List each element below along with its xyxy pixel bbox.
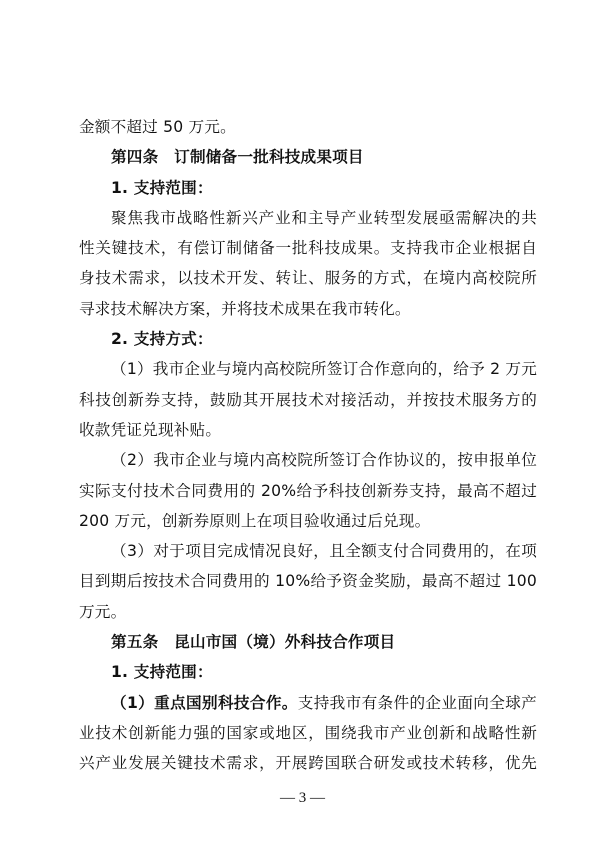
bold-lead-in: （1）重点国别科技合作。 <box>111 694 298 712</box>
paragraph-line: 身技术需求，以技术开发、转让、服务的方式，在境内高校院所 <box>79 263 537 293</box>
paragraph-line: 性关键技术，有偿订制储备一批科技成果。支持我市企业根据自 <box>79 233 537 263</box>
section-heading: 1. 支持范围： <box>79 657 537 687</box>
document-body: 金额不超过 50 万元。 第四条 订制储备一批科技成果项目 1. 支持范围： 聚… <box>79 112 537 779</box>
paragraph-line: 寻求技术解决方案，并将技术成果在我市转化。 <box>79 294 537 324</box>
paragraph-line: 业技术创新能力强的国家或地区，围绕我市产业创新和战略性新 <box>79 718 537 748</box>
paragraph-line: 金额不超过 50 万元。 <box>79 112 537 142</box>
paragraph-line: 目到期后按技术合同费用的 10%给予资金奖励，最高不超过 100 <box>79 566 537 596</box>
page-number: — 3 — <box>0 790 605 807</box>
section-heading: 1. 支持范围： <box>79 173 537 203</box>
paragraph-line: 实际支付技术合同费用的 20%给予科技创新券支持，最高不超过 <box>79 476 537 506</box>
paragraph-line: 科技创新券支持，鼓励其开展技术对接活动，并按技术服务方的 <box>79 385 537 415</box>
paragraph-line: （3）对于项目完成情况良好，且全额支付合同费用的，在项 <box>79 536 537 566</box>
paragraph-line: （2）我市企业与境内高校院所签订合作协议的，按申报单位 <box>79 445 537 475</box>
section-heading: 2. 支持方式： <box>79 324 537 354</box>
paragraph-line: （1）重点国别科技合作。支持我市有条件的企业面向全球产 <box>79 688 537 718</box>
paragraph-line: 万元。 <box>79 597 537 627</box>
paragraph-line: 聚焦我市战略性新兴产业和主导产业转型发展亟需解决的共 <box>79 203 537 233</box>
article-heading: 第四条 订制储备一批科技成果项目 <box>79 142 537 172</box>
paragraph-line: 200 万元，创新券原则上在项目验收通过后兑现。 <box>79 506 537 536</box>
paragraph-line: 收款凭证兑现补贴。 <box>79 415 537 445</box>
article-heading: 第五条 昆山市国（境）外科技合作项目 <box>79 627 537 657</box>
paragraph-text: 支持我市有条件的企业面向全球产 <box>298 694 537 712</box>
paragraph-line: （1）我市企业与境内高校院所签订合作意向的，给予 2 万元 <box>79 354 537 384</box>
paragraph-line: 兴产业发展关键技术需求，开展跨国联合研发或技术转移，优先 <box>79 748 537 778</box>
